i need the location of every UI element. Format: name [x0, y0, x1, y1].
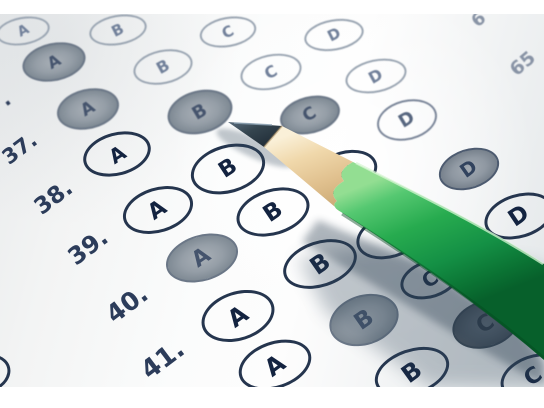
- bubble-letter: D: [457, 157, 481, 182]
- bubble-letter: B: [350, 306, 378, 335]
- bubble-letter: D: [505, 201, 534, 231]
- bubble-letter: A: [45, 52, 64, 72]
- bubble-letter: C: [377, 222, 403, 249]
- bubble-letter: C: [300, 105, 319, 126]
- bubble-letter: C: [473, 310, 499, 337]
- bubble-letter: C: [220, 23, 237, 41]
- bubble-letter: A: [78, 98, 98, 119]
- bubble-letter: D: [366, 66, 385, 86]
- bubble-letter: A: [260, 350, 289, 380]
- bubble-letter: B: [109, 21, 126, 40]
- bubble-letter: B: [398, 357, 427, 387]
- bubble-letter: A: [189, 244, 215, 272]
- bubble-letter: B: [259, 198, 286, 227]
- bubble-letter: A: [145, 196, 171, 224]
- photo-frame: ABCDABCD.ABCD37.ABCD38.ABCD39.ABCD40.ABC…: [0, 0, 544, 408]
- bubble-letter: B: [154, 57, 172, 77]
- bubble-letter: D: [396, 108, 418, 131]
- bubble-letter: B: [215, 155, 241, 183]
- bubble-letter: B: [189, 101, 210, 124]
- bubble-letter: C: [521, 363, 544, 387]
- bubble-letter: D: [325, 25, 343, 44]
- answer-sheet-photo: ABCDABCD.ABCD37.ABCD38.ABCD39.ABCD40.ABC…: [0, 14, 544, 387]
- bubble-letter: A: [105, 141, 129, 166]
- bubble-letter: A: [15, 22, 31, 39]
- bubble-letter: D: [526, 276, 544, 304]
- bubble-letter: C: [418, 267, 442, 292]
- bubble-letter: C: [262, 62, 280, 82]
- bubble-letter: B: [306, 249, 335, 279]
- bubble-letter: A: [224, 301, 253, 331]
- bubble-letter: C: [333, 160, 356, 185]
